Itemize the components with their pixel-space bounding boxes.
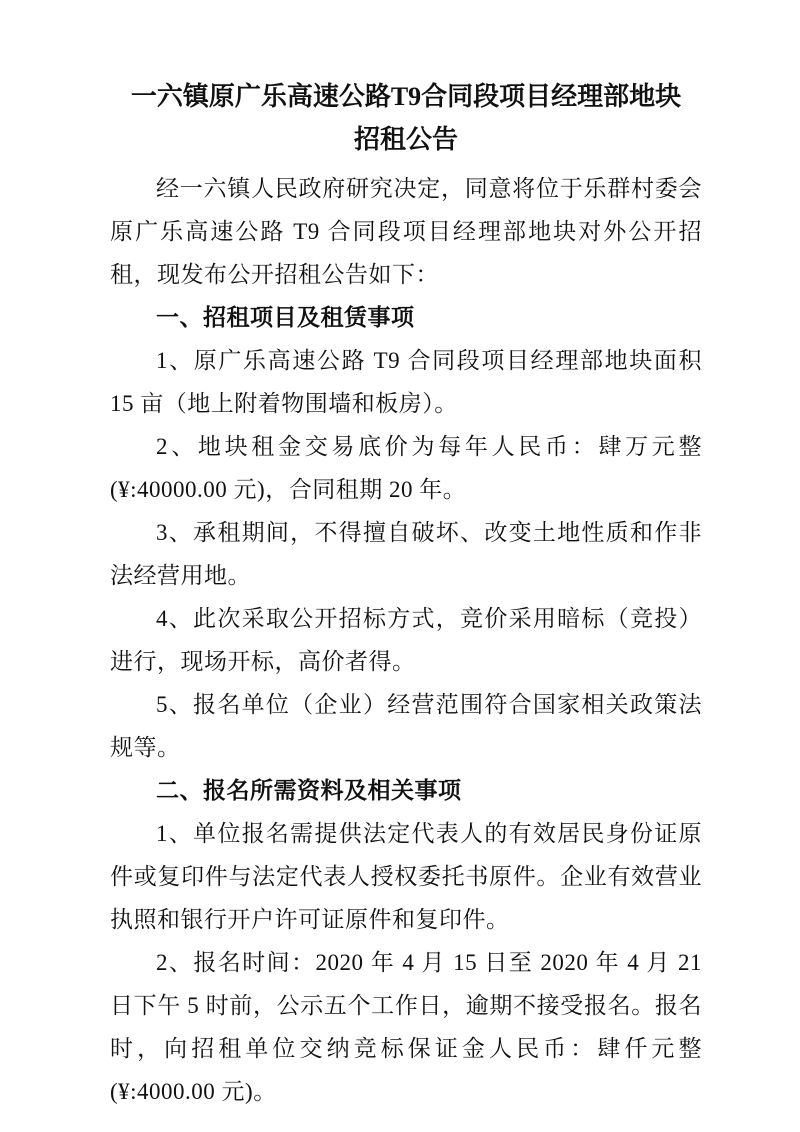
- section1-item-5: 5、报名单位（企业）经营范围符合国家相关政策法规等。: [110, 683, 702, 769]
- section1-item-1: 1、原广乐高速公路 T9 合同段项目经理部地块面积 15 亩（地上附着物围墙和板…: [110, 339, 702, 425]
- section1-item-2: 2、地块租金交易底价为每年人民币：肆万元整(¥:40000.00 元)，合同租期…: [110, 425, 702, 511]
- document-page: 一六镇原广乐高速公路T9合同段项目经理部地块 招租公告 经一六镇人民政府研究决定…: [0, 0, 800, 1132]
- intro-paragraph: 经一六镇人民政府研究决定，同意将位于乐群村委会原广乐高速公路 T9 合同段项目经…: [110, 167, 702, 296]
- section1-item-4: 4、此次采取公开招标方式，竞价采用暗标（竞投）进行，现场开标，高价者得。: [110, 597, 702, 683]
- section-heading-1: 一、招租项目及租赁事项: [110, 296, 702, 339]
- document-title-line-1: 一六镇原广乐高速公路T9合同段项目经理部地块: [110, 75, 702, 118]
- section2-item-1: 1、单位报名需提供法定代表人的有效居民身份证原件或复印件与法定代表人授权委托书原…: [110, 812, 702, 941]
- document-title-line-2: 招租公告: [110, 118, 702, 161]
- section1-item-3: 3、承租期间，不得擅自破坏、改变土地性质和作非法经营用地。: [110, 511, 702, 597]
- section2-item-2: 2、报名时间：2020 年 4 月 15 日至 2020 年 4 月 21 日下…: [110, 941, 702, 1113]
- section-heading-2: 二、报名所需资料及相关事项: [110, 769, 702, 812]
- document-title: 一六镇原广乐高速公路T9合同段项目经理部地块 招租公告: [110, 75, 702, 161]
